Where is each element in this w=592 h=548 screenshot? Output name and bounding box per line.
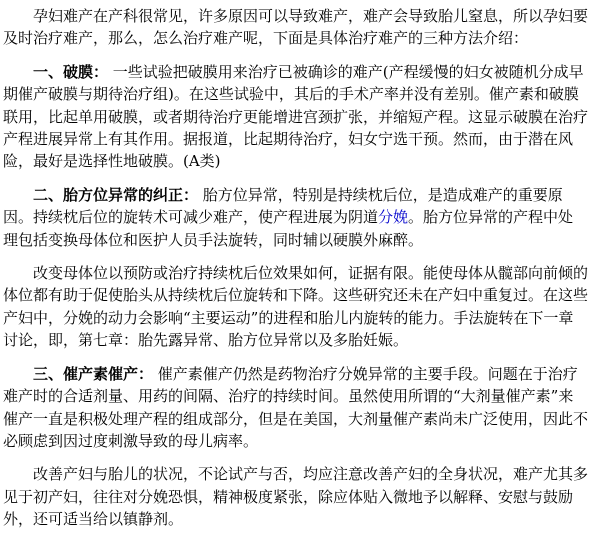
closing-paragraph: 改善产妇与胎儿的状况，不论试产与否，均应注意改善产妇的全身状况，难产尤其多见于初… xyxy=(3,463,588,530)
fenmian-link[interactable]: 分娩 xyxy=(378,208,408,226)
section-2-heading: 二、胎方位异常的纠正： xyxy=(33,186,198,204)
section-3-paragraph: 三、催产素催产： 催产素催产仍然是药物治疗分娩异常的主要手段。问题在于治疗难产时… xyxy=(3,363,588,453)
section-2-continued-paragraph: 改变母体位以预防或治疗持续枕后位效果如何，证据有限。能使母体从髋部向前倾的体位都… xyxy=(3,262,588,352)
intro-paragraph: 孕妇难产在产科很常见，许多原因可以导致难产，难产会导致胎儿窒息，所以孕妇要及时治… xyxy=(3,5,588,50)
section-1-paragraph: 一、破膜： 一些试验把破膜用来治疗已被确诊的难产(产程缓慢的妇女被随机分成早期催… xyxy=(3,61,588,173)
section-3-heading: 三、催产素催产： xyxy=(33,365,153,383)
section-2-paragraph: 二、胎方位异常的纠正： 胎方位异常，特别是持续枕后位，是造成难产的重要原因。持续… xyxy=(3,184,588,251)
article-body: 孕妇难产在产科很常见，许多原因可以导致难产，难产会导致胎儿窒息，所以孕妇要及时治… xyxy=(0,0,592,531)
section-1-heading: 一、破膜： xyxy=(33,63,108,81)
closing-text: 改善产妇与胎儿的状况，不论试产与否，均应注意改善产妇的全身状况，难产尤其多见于初… xyxy=(3,465,588,528)
section-2-continued-text: 改变母体位以预防或治疗持续枕后位效果如何，证据有限。能使母体从髋部向前倾的体位都… xyxy=(3,264,588,349)
intro-text: 孕妇难产在产科很常见，许多原因可以导致难产，难产会导致胎儿窒息，所以孕妇要及时治… xyxy=(3,7,588,47)
